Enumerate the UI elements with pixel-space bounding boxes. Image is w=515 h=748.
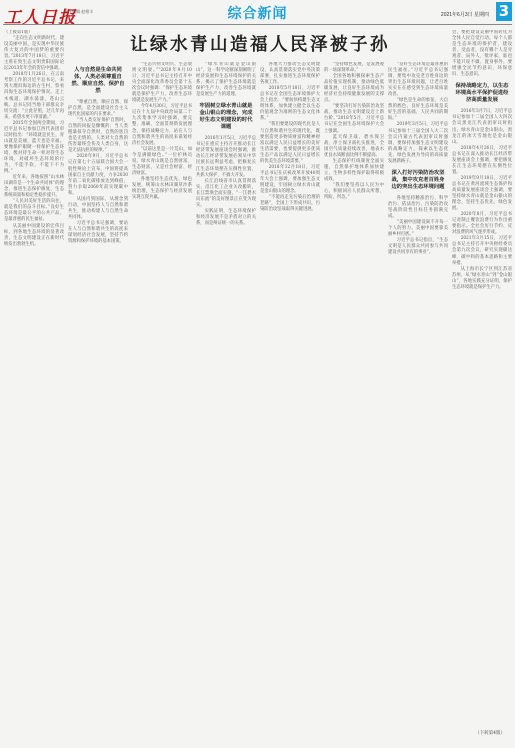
continuation-note: （下转第4版） [475,730,505,736]
paragraph: 近年来，各地按照“山水林田湖草是一个生命共同体”的理念，推进生态保护修复，生态系… [4,175,64,199]
section-title: 综合新闻 [0,3,515,23]
paragraph: “以前这里是一片荒山，如今是满眼绿色。”一位护林员说。绿水青山既是自然财富、生态… [132,147,192,177]
subheading: 深入打好污染防治攻坚战，集中攻克老百姓身边的突出生态环境问题 [390,170,446,191]
paragraph: 生态保护红线制度全面实施，自然保护地体系加快建立，生物多样性保护取得积极成效。 [324,159,384,183]
article-headline: 让绿水青山造福人民泽被子孙 [130,31,385,56]
subheading: 人与自然是生命共同体，人类必须尊重自然、顺应自然、保护自然 [70,67,126,95]
paragraph: “不能再走先污染后治理的老路”，全国上下形成共识，污染防治攻坚战取得关键进展。 [260,195,320,213]
paragraph: 2020年8月，习近平总书记对制止餐饮浪费行为作出重要指示。全社会厉行节约、反对… [452,212,512,236]
paragraph: 2020年9月，习近平总书记在第七十五届联合国大会一般性辩论上宣布，中国将提高国… [68,154,128,196]
paragraph: “我们要坚持以人民为中心，积极回应人民群众所想、所盼、所急。” [324,183,384,201]
paragraph: “绿水青山就是金山银山”，这一科学论断深刻阐明了经济发展和生态环境保护的关系，揭… [196,62,256,98]
paragraph: 今年4月30日，习近平总书记在十九届中央政治局第二十九次集体学习时强调，要完整、… [132,104,192,146]
paragraph: 从国内到国际，从理念到行动，中国坚持人与自然和谐共生，推动构建人与自然生命共同体… [68,197,128,221]
paragraph: “生态兴则文明兴，生态衰则文明衰。”“2020年9月10日，习近平总书记主持召开… [132,62,192,104]
text-column-3: “生态兴则文明兴，生态衰则文明衰。”“2020年9月10日，习近平总书记主持召开… [132,62,192,742]
paragraph: 2018年1月26日，在云南考察工作的习近平总书记，来到大理洱海边的古生村，察看… [4,72,64,120]
paragraph: “要坚决打好污染防治攻坚战，推动生态文明建设迈上新台阶。”2018年5月，习近平… [324,104,384,134]
paragraph: 2021年3月15日，习近平总书记主持召开中央财经委员会第九次会议，研究实现碳达… [452,236,512,266]
paragraph: “尊重自然、顺应自然、保护自然，是全面建设社会主义现代化国家的内在要求。” [68,100,128,118]
paragraph: 2016年3月7日，习近平总书记参加十二届全国人大四次会议黑龙江代表团审议时指出… [452,109,512,145]
paragraph: 实践证明，生态环境保护和经济发展不是矛盾对立的关系，而是辩证统一的关系。 [196,209,256,227]
text-column-6: “坚持绿色发展，是发展观的一场深刻革命。” 全国各地积极探索生态产品价值实现机制… [324,62,384,742]
paragraph: 2019年9月18日，习近平总书记在黄河流域生态保护和高质量发展座谈会上强调，要… [452,176,512,212]
paragraph: 全国各地积极探索生态产品价值实现机制，推动绿色低碳发展，让良好生态环境成为经济社… [324,74,384,104]
paragraph: 长江沿线省市认真贯彻落实，沿江化工企业关改搬转，长江禁渔全面实施，“一江碧水向东… [196,179,256,209]
paragraph: “良好生态环境是最普惠的民生福祉。”习近平总书记强调，要集中攻克老百姓身边的突出… [388,62,448,98]
paragraph: “美丽中国建设离不开每一个人的努力。美丽中国要靠美丽乡村打底。” [388,220,448,238]
paragraph: 从上海市长宁区到江苏省苏州，从“绿水青山”到“金山银山”，各地实践充分证明，保护… [452,267,512,291]
subheading: 保持战略定力，以生态环境高水平保护促进经济高质量发展 [454,83,510,104]
paragraph: 2018年12月18日，习近平总书记在庆祝改革开放40周年大会上强调，要加强生态… [260,165,320,195]
paragraph: 2018年5月18日，习近平总书记在全国生态环境保护大会上指出：“要加快构建生态… [260,86,320,122]
paragraph: “绿色是生命的象征、大自然的底色，良好生态环境是美好生活的基础、人民共同的期盼。… [388,98,448,122]
masthead: 工人日报 责任编辑 赵相丰 综合新闻 2021年6月3日 星期四 3 [0,0,515,24]
text-column-5: 各地大力推动生态文明建设，认真贯彻落实党中央决策部署，扎实推进生态环境保护各项工… [260,62,320,742]
paragraph: 2016年1月5日，习近平总书记在重庆主持召开推动长江经济带发展座谈会时强调，推… [196,136,256,178]
paragraph: 会，要把建设美丽中国转化为全体人民自觉行动。每个人都是生态环境的保护者、建设者、… [452,30,512,78]
paragraph: 蓝天保卫战、碧水保卫战、净土保卫战扎实推进，全国空气质量持续改善，地表水优良水质… [324,135,384,159]
text-column-8: 会，要把建设美丽中国转化为全体人民自觉行动。每个人都是生态环境的保护者、建设者、… [452,30,512,742]
paragraph: “当人类友好保护自然时，自然的回报是慷慨的；当人类粗暴掠夺自然时，自然的惩罚也是… [68,118,128,154]
subheading: 牢固树立绿水青山就是金山银山的理念，完成好生态文明建设的时代课题 [198,103,254,131]
paragraph: 各地坚持精准治污、科学治污、依法治污，污染防治攻坚战阶段性目标任务圆满完成。 [388,196,448,220]
paragraph: 2018年4月26日，习近平总书记在深入推动长江经济带发展座谈会上强调，要把修复… [452,146,512,176]
paragraph: 习近平总书记强调，要站在人与自然和谐共生的高度来谋划经济社会发展，坚持节约资源和… [68,221,128,245]
text-column-1: （上接第1版） “走向生态文明新时代，建设美丽中国，是实现中华民族伟大复兴的中国… [4,30,64,742]
text-column-7: “良好生态环境是最普惠的民生福祉。”习近平总书记强调，要集中攻克老百姓身边的突出… [388,62,448,742]
paragraph: 各地坚持生态优先、绿色发展，统筹山水林田湖草沙系统治理，生态保护与经济发展实现互… [132,177,192,201]
paragraph: 2015年全国两会期间，习近平总书记参加江西代表团审议时指出：“环境就是民生，青… [4,121,64,175]
paragraph: “坚持绿色发展，是发展观的一场深刻革命。” [324,62,384,74]
page-number-badge: 3 [496,2,512,21]
paragraph: “人民对美好生活的向往，就是我们的奋斗目标。”良好生态环境是最公平的公共产品，是… [4,199,64,223]
text-column-2: 人与自然是生命共同体，人类必须尊重自然、顺应自然、保护自然 “尊重自然、顺应自然… [68,62,128,742]
paragraph: 习近平总书记指出，“生态文明是人民群众共同参与共同建设共同享有的事业”。 [388,238,448,256]
issue-date: 2021年6月3日 星期四 [441,11,489,18]
text-column-4: “绿水青山就是金山银山”，这一科学论断深刻阐明了经济发展和生态环境保护的关系，揭… [196,62,256,742]
paragraph: 各地大力推动生态文明建设，认真贯彻落实党中央决策部署，扎实推进生态环境保护各项工… [260,62,320,86]
paragraph: “走向生态文明新时代，建设美丽中国，是实现中华民族伟大复兴的中国梦的重要内容。”… [4,36,64,72]
header-divider [3,24,512,25]
paragraph: 从美丽中国建设的宏伟目标，到各地生态环境的显著改善，生态文明建设正在新时代焕发出… [4,224,64,248]
paragraph: “我们要建设的现代化是人与自然和谐共生的现代化，既要创造更多物质财富和精神财富以… [260,122,320,164]
paragraph: 2019年3月5日，习近平总书记参加十三届全国人大二次会议内蒙古代表团审议时强调… [388,122,448,164]
